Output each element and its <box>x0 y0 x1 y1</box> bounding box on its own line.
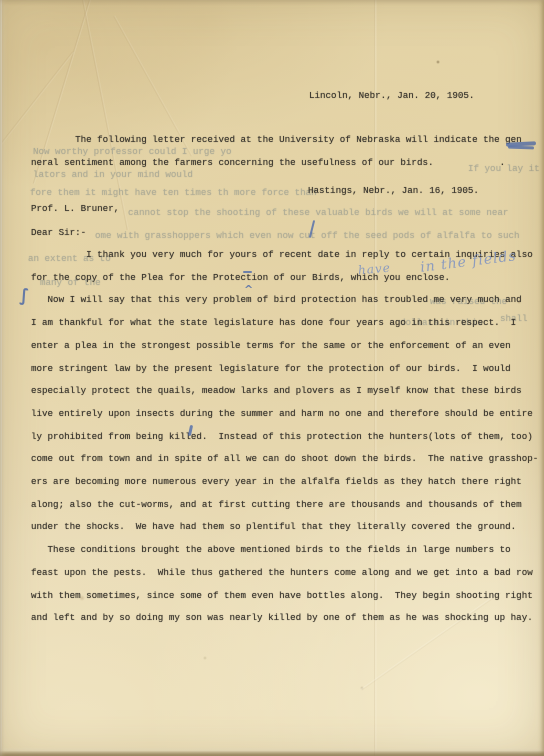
ghost-text-fragment: ome with grasshoppers which even now cut… <box>95 231 520 240</box>
typed-line: These conditions brought the above menti… <box>31 539 538 562</box>
salutation-block: Prof. L. Bruner,Dear Sir:- <box>31 197 119 245</box>
typed-line: feast upon the pests. While thus gathere… <box>31 562 538 585</box>
typed-line: enter a plea in the strongest possible t… <box>31 335 538 358</box>
letter-body: I thank you very much for yours of recen… <box>31 244 538 630</box>
typed-line: under the shocks. We have had them so pl… <box>31 516 538 539</box>
pencil-mark: ∫ <box>19 286 29 306</box>
typed-line: The following letter received at the Uni… <box>31 128 522 151</box>
typed-line: I am thankful for what the state legisla… <box>31 312 538 335</box>
typed-line: more stringent law by the present legisl… <box>31 358 538 381</box>
typed-line: especially protect the quails, meadow la… <box>31 380 538 403</box>
typed-line: Prof. L. Bruner, <box>31 197 119 221</box>
handwritten-note: have <box>357 261 391 278</box>
typed-line: live entirely upon insects during the su… <box>31 403 538 426</box>
ghost-text-fragment: cannot stop the shooting of these valuab… <box>128 208 508 217</box>
scan-edge-left <box>0 0 2 756</box>
ghost-text-fragment: fore them it might have ten times th mor… <box>30 188 317 197</box>
typed-line: and left and by so doing my son was near… <box>31 607 538 630</box>
intro-paragraph: The following letter received at the Uni… <box>31 128 522 174</box>
letter-dateline: Lincoln, Nebr., Jan. 20, 1905. <box>309 85 474 108</box>
typed-line: ly prohibited from being killed. Instead… <box>31 426 538 449</box>
typed-line: neral sentiment among the farmers concer… <box>31 151 522 174</box>
pencil-bar-mark <box>243 271 252 273</box>
typed-line: ers are becoming more numerous every yea… <box>31 471 538 494</box>
typed-line: come out from town and in spite of all w… <box>31 448 538 471</box>
typed-line: Now I will say that this very problem of… <box>31 289 538 312</box>
typed-line: Dear Sir:- <box>31 221 119 245</box>
scan-edge-bottom <box>0 747 544 756</box>
typed-line: with them sometimes, since some of them … <box>31 585 538 608</box>
inner-dateline: Hastings, Nebr., Jan. 16, 1905. <box>308 180 479 203</box>
typed-line: along; also the cut-worms, and at first … <box>31 494 538 517</box>
letter-page: Now worthy professor could I urge yolato… <box>0 0 544 756</box>
pencil-mark: ^ <box>244 283 253 296</box>
